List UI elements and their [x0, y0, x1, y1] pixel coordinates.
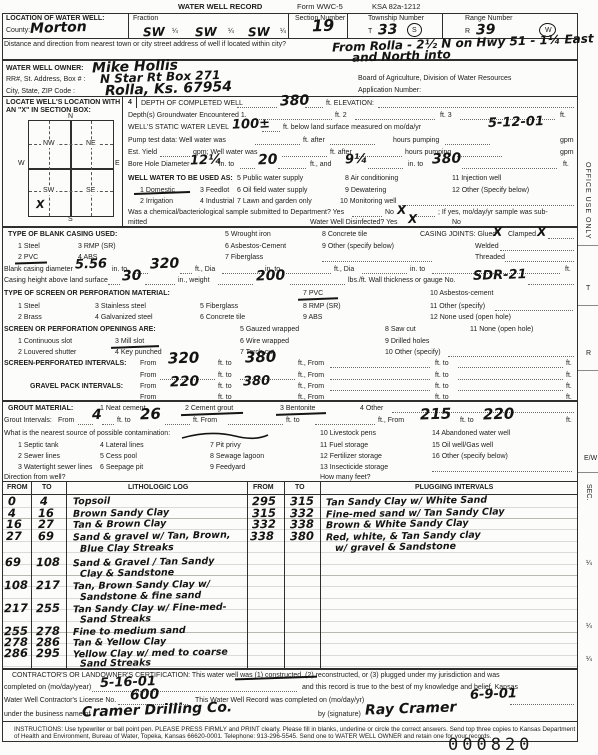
yield-label: Est. Yield — [128, 149, 157, 157]
th-from-1: FROM — [7, 484, 28, 492]
si-to-value: 380 — [245, 350, 277, 363]
gp-to-value: 380 — [243, 376, 271, 389]
casing-diam-label: Blank casing diameter — [4, 266, 73, 274]
openings-label: SCREEN OR PERFORATION OPENINGS ARE: — [4, 326, 156, 334]
casing-opt-7: 7 Fiberglass — [225, 254, 263, 262]
table-col-line — [31, 482, 32, 668]
si2-ftto2: ft. to — [435, 372, 449, 380]
quarter-2: ¼ — [228, 28, 234, 36]
contam-opt-5: 5 Cess pool — [100, 453, 137, 461]
screen-opt-6: 6 Concrete tile — [200, 314, 245, 322]
log-row-from: 286 — [4, 648, 28, 660]
table-col-line — [66, 482, 67, 668]
leader — [286, 272, 331, 274]
quad-nw: NW — [41, 140, 57, 148]
screen-label: TYPE OF SCREEN OR PERFORATION MATERIAL: — [4, 290, 170, 298]
gi-mid-to: ft. to — [286, 417, 300, 425]
gp-ftfrom: ft., From — [298, 383, 324, 391]
si2-ftto: ft. to — [218, 372, 232, 380]
borehole-label: Bore Hole Diameter — [128, 161, 189, 169]
leader — [355, 118, 435, 120]
log-row-from: 108 — [4, 580, 28, 592]
th-plugging-intervals: PLUGGING INTERVALS — [415, 484, 493, 492]
margin-tick — [578, 472, 598, 473]
use-opt-12: 12 Other (Specify below) — [452, 187, 529, 195]
cert-date2: 6-9-01 — [470, 688, 517, 702]
gp-from-value: 220 — [170, 375, 200, 388]
sec4-number: 4 — [128, 99, 132, 107]
leader — [510, 703, 574, 705]
contam-opt-11: 11 Fuel storage — [320, 442, 368, 450]
th-to-2: TO — [295, 484, 305, 492]
leader — [180, 272, 192, 274]
chem-no-x-mark: X — [397, 204, 407, 216]
col-sep — [122, 96, 123, 227]
contam-opt-16: 16 Other (specify below) — [432, 453, 508, 461]
gp-ft: ft. — [566, 383, 572, 391]
static-level-label: WELL'S STATIC WATER LEVEL — [128, 124, 229, 132]
leader — [462, 167, 557, 169]
section-box-dash — [91, 121, 92, 216]
grout-int-label: Grout Intervals: — [4, 417, 52, 425]
gp2-ftfrom: ft., From — [298, 394, 324, 402]
clamped-label: Clamped — [508, 231, 536, 239]
grout-v3: 215 — [420, 407, 452, 420]
grout-v4: 220 — [483, 407, 515, 420]
leader — [495, 309, 573, 311]
leader — [218, 283, 253, 285]
use-opt-8: 8 Air conditioning — [345, 175, 398, 183]
leader — [458, 366, 563, 368]
borehole-ft-label: ft. — [563, 161, 569, 169]
casing-weight-label: in., weight — [178, 277, 210, 285]
leader — [282, 155, 327, 157]
application-number-label: Application Number: — [358, 87, 421, 95]
openings-opt-2: 2 Louvered shutter — [18, 349, 76, 357]
contam-opt-6: 6 Seepage pit — [100, 464, 143, 472]
plug-row-to: 380 — [290, 531, 314, 543]
casing-weight-value: 200 — [256, 269, 286, 282]
si-ftto: ft. to — [218, 360, 232, 368]
county-label: County: — [6, 27, 30, 35]
borehole-ft2: 380 — [432, 152, 462, 165]
section-box-dash — [49, 121, 50, 216]
gravel-label: GRAVEL PACK INTERVALS: — [30, 383, 123, 391]
fraction-1: SW — [143, 26, 165, 39]
quarter-1: ¼ — [172, 28, 178, 36]
casing-height-value: 30 — [122, 270, 142, 283]
direction-label: Direction from well? — [4, 474, 65, 482]
township-value: 33 — [378, 23, 398, 38]
contam-opt-1: 1 Septic tank — [18, 442, 58, 450]
threaded-label: Threaded — [475, 254, 505, 262]
casing-dia3-into: in. to — [410, 266, 425, 274]
col-sep — [347, 13, 348, 38]
use-opt-6: 6 Oil field water supply — [237, 187, 307, 195]
contam-opt-4: 4 Lateral lines — [100, 442, 144, 450]
leader — [330, 378, 430, 380]
openings-opt-1: 1 Continuous slot — [18, 338, 72, 346]
leader — [315, 423, 375, 425]
log-row-desc: Tan & Yellow Clay — [73, 636, 166, 649]
log-row-desc2: Sand Streaks — [80, 657, 151, 669]
quarter-3: ¼ — [280, 28, 286, 36]
use-opt-11: 11 Injection well — [452, 175, 501, 183]
static-level-date: 5-12-01 — [488, 116, 544, 130]
form-title: WATER WELL RECORD — [178, 3, 262, 11]
chem-no-label: No — [385, 209, 394, 217]
grout-v2: 26 — [140, 408, 161, 421]
si-ftfrom: ft., From — [298, 360, 324, 368]
use-opt-9: 9 Dewatering — [345, 187, 386, 195]
screen-opt-11: 11 Other (specify) — [430, 303, 485, 311]
casing-joints-label: CASING JOINTS: Glued — [420, 231, 496, 239]
depth-label: DEPTH OF COMPLETED WELL — [141, 100, 243, 108]
leader — [505, 260, 574, 262]
log-row-from: 69 — [5, 557, 21, 569]
leader — [278, 167, 306, 169]
leader — [458, 378, 563, 380]
section-box-vline — [70, 121, 72, 216]
leader — [362, 272, 407, 274]
leader — [330, 143, 375, 145]
groundwater-2: ft. 2 — [335, 112, 347, 120]
log-row-to: 255 — [36, 603, 60, 615]
divider — [2, 59, 578, 61]
contam-opt-9: 9 Feedyard — [210, 464, 245, 472]
well-location-x-mark: X — [36, 199, 45, 211]
screen-opt-8: 8 RMP (SR) — [303, 303, 341, 311]
office-quarter-2: ¼ — [586, 623, 592, 631]
casing-opt-5: 5 Wrought iron — [225, 231, 271, 239]
cert-by-label: by (signature) — [318, 711, 361, 719]
margin-tick — [578, 245, 598, 246]
groundwater-label: Depth(s) Groundwater Encountered 1. — [128, 112, 247, 120]
leader — [145, 283, 175, 285]
disinfected-label: Water Well Disinfected? Yes — [310, 219, 398, 227]
office-ew-label: E/W — [584, 455, 597, 463]
fraction-label: Fraction — [133, 15, 158, 23]
clamped-x-mark: X — [537, 226, 547, 238]
gp-ftto2: ft. to — [435, 383, 449, 391]
divider — [2, 13, 578, 14]
log-row-desc: Topsoil — [73, 496, 110, 508]
casing-opt-9: 9 Other (specify below) — [322, 243, 394, 251]
table-col-line — [284, 482, 285, 668]
office-use-only-label: OFFICE USE ONLY — [583, 162, 591, 240]
screen-opt-3: 3 Stainless steel — [95, 303, 146, 311]
contam-opt-12: 12 Fertilizer storage — [320, 453, 382, 461]
gp-from: From — [140, 383, 156, 391]
elevation-label: ft. ELEVATION: — [326, 100, 374, 108]
use-label: WELL WATER TO BE USED AS: — [128, 175, 233, 183]
openings-opt-8: 8 Saw cut — [385, 326, 416, 334]
fraction-3: SW — [248, 26, 270, 39]
leader — [237, 106, 277, 108]
form-ksa: KSA 82a-1212 — [372, 3, 420, 11]
bentonite-underline-mark — [276, 411, 326, 416]
quad-se: SE — [84, 187, 97, 195]
cert-completed-label: completed on (mo/day/year) — [4, 684, 91, 692]
instructions-line2: of Health and Environment, Bureau of Wat… — [14, 733, 491, 741]
openings-opt-6: 6 Wire wrapped — [240, 338, 289, 346]
log-row-from: 27 — [6, 531, 22, 543]
casing-height-label: Casing height above land surface — [4, 277, 108, 285]
leader — [322, 260, 432, 262]
feet-label: How many feet? — [320, 474, 371, 482]
leader — [108, 283, 120, 285]
leader — [458, 389, 563, 391]
gp2-from: From — [140, 394, 156, 402]
grout-opt-4: 4 Other — [360, 405, 383, 413]
office-quarter-3: ¼ — [586, 656, 592, 664]
section-box: NW NE SW SE X — [28, 120, 114, 217]
fraction-2: SW — [195, 26, 217, 39]
leader — [528, 283, 574, 285]
serial-stamp: 000820 — [448, 735, 533, 755]
owner-addr-label: RR#, St. Address, Box # : — [6, 76, 85, 84]
plug-row-from: 338 — [250, 531, 274, 543]
si-ftto2: ft. to — [435, 360, 449, 368]
borehole-diam1: 12¼ — [190, 154, 222, 167]
use-opt-7: 7 Lawn and garden only — [237, 198, 312, 206]
contam-opt-10: 10 Livestock pens — [320, 430, 376, 438]
gi-end-from: ft., From — [378, 417, 404, 425]
col-sep — [128, 13, 129, 38]
gi-ftto2: ft. to — [460, 417, 474, 425]
office-r-label: R — [586, 350, 591, 358]
contam-opt-8: 8 Sewage lagoon — [210, 453, 264, 461]
cert-business-label: under the business name of — [4, 711, 90, 719]
owner-city: Rolla, Ks. 67954 — [105, 80, 232, 98]
gp2-ftto2: ft. to — [435, 394, 449, 402]
cert-license-value: 600 — [130, 688, 160, 701]
screen-opt-9: 9 ABS — [303, 314, 322, 322]
right-border — [577, 13, 578, 741]
openings-opt-10: 10 Other (specify) — [385, 349, 441, 357]
leader — [445, 143, 490, 145]
static-level-rest: ft. below land surface measured on mo/da… — [283, 124, 421, 132]
borehole-diam2: 9¼ — [345, 154, 368, 167]
gp2-ft: ft. — [566, 394, 572, 402]
col-sep — [442, 13, 443, 38]
casing-wall-label: lbs./ft. Wall thickness or gauge No. — [348, 277, 456, 285]
disinfected-yes-x-mark: X — [408, 213, 418, 225]
si2-ftfrom: ft., From — [298, 372, 324, 380]
margin-tick — [578, 370, 598, 371]
leader — [228, 423, 283, 425]
leader — [78, 423, 93, 425]
si-ft: ft. — [566, 360, 572, 368]
leader — [160, 155, 190, 157]
casing-diam-ft: 320 — [150, 257, 180, 270]
casing-dia2-label: ft., Dia — [195, 266, 215, 274]
cert-business-value: Cramer Drilling Co. — [82, 700, 233, 719]
leader — [92, 690, 297, 692]
sec4-box — [136, 96, 137, 108]
screen-intervals-label: SCREEN-PERFORATED INTERVALS: — [4, 360, 127, 368]
log-row-to: 217 — [36, 580, 60, 592]
gp2-ftto: ft. to — [218, 394, 232, 402]
leader — [500, 249, 574, 251]
leader — [255, 143, 300, 145]
township-dir-circle — [406, 22, 422, 37]
use-opt-2: 2 Irrigation — [140, 198, 173, 206]
casing-gauge-value: SDR-21 — [473, 269, 527, 283]
leader — [165, 423, 190, 425]
divider — [2, 226, 578, 228]
water-well-record-form: WATER WELL RECORD Form WWC-5 KSA 82a-121… — [0, 0, 598, 755]
leader — [368, 167, 403, 169]
casing-opt-3: 3 RMP (SR) — [78, 243, 116, 251]
leader — [402, 204, 574, 206]
si-from-value: 320 — [168, 351, 200, 364]
openings-opt-4: 4 Key punched — [115, 349, 162, 357]
compass-w: W — [18, 160, 25, 168]
gi-mid: ft. From — [193, 417, 217, 425]
th-from-2: FROM — [253, 484, 274, 492]
screen-opt-4: 4 Galvanized steel — [95, 314, 153, 322]
use-opt-3: 3 Feedlot — [200, 187, 229, 195]
log-row-desc2: Sandstone & fine sand — [80, 590, 201, 603]
owner-label: WATER WELL OWNER: — [6, 65, 84, 73]
use-opt-5: 5 Public water supply — [237, 175, 303, 183]
casing-label: TYPE OF BLANK CASING USED: — [8, 231, 117, 239]
contam-opt-3: 3 Watertight sewer lines — [18, 464, 92, 472]
log-row-desc2: Blue Clay Streaks — [80, 542, 174, 555]
leader — [330, 366, 430, 368]
casing-opt-8: 8 Concrete tile — [322, 231, 367, 239]
borehole-into2: in. to — [408, 161, 423, 169]
form-number: Form WWC-5 — [297, 3, 343, 11]
gi-ftto: ft. to — [117, 417, 131, 425]
table-col-line — [320, 482, 321, 668]
log-row-from: 217 — [4, 603, 28, 615]
handwritten-stroke — [180, 428, 270, 442]
gi-ft: ft. — [566, 417, 572, 425]
leader — [378, 106, 574, 108]
office-sec-label: SEC. — [584, 484, 592, 500]
divider — [2, 721, 578, 722]
welded-label: Welded — [475, 243, 499, 251]
distance-label: Distance and direction from nearest town… — [4, 41, 286, 49]
th-lithologic-log: LITHOLOGIC LOG — [128, 484, 188, 492]
gp-ftto: ft. to — [218, 383, 232, 391]
leader — [262, 130, 280, 132]
grout-v1: 4 — [92, 409, 102, 421]
quad-ne: NE — [84, 140, 98, 148]
leader — [290, 283, 345, 285]
screen-opt-12: 12 None used (open hole) — [430, 314, 511, 322]
table-col-line — [247, 482, 248, 668]
openings-opt-11: 11 None (open hole) — [470, 326, 533, 334]
screen-opt-1: 1 Steel — [18, 303, 40, 311]
county-value: Morton — [30, 20, 87, 36]
leader — [352, 215, 382, 217]
pump-after: ft. after — [303, 137, 325, 145]
use-opt-10: 10 Monitoring well — [340, 198, 396, 206]
yield-gpm: gpm — [560, 149, 574, 157]
log-row-to: 108 — [36, 557, 60, 569]
leader — [330, 389, 430, 391]
log-row-to: 69 — [38, 531, 54, 543]
log-row-to: 295 — [36, 648, 60, 660]
si-from: From — [140, 360, 156, 368]
col-sep — [288, 13, 289, 38]
office-quarter-1: ¼ — [586, 560, 592, 568]
divider — [2, 400, 578, 402]
chem-rest: ; If yes, mo/day/yr sample was sub- — [438, 209, 548, 217]
groundwater-3: ft. 3 — [440, 112, 452, 120]
cert-signature: Ray Cramer — [365, 700, 457, 717]
compass-e: E — [115, 160, 120, 168]
leader — [448, 355, 574, 357]
grout-opt-1: 1 Neat cement — [100, 405, 146, 413]
openings-opt-9: 9 Drilled holes — [385, 338, 429, 346]
contam-opt-14: 14 Abandoned water well — [432, 430, 510, 438]
log-row-desc2: Sand Streaks — [80, 613, 151, 625]
contam-opt-2: 2 Sewer lines — [18, 453, 60, 461]
quad-sw: SW — [41, 187, 56, 195]
screen-opt-5: 5 Fiberglass — [200, 303, 238, 311]
gi-from: From — [58, 417, 74, 425]
casing-opt-6: 6 Asbestos-Cement — [225, 243, 286, 251]
pump-test-label: Pump test data: Well water was — [128, 137, 226, 145]
log-row-desc2: Clay & Sandstone — [80, 567, 174, 580]
screen-opt-10: 10 Asbestos-cement — [430, 290, 493, 298]
office-t-label: T — [586, 285, 590, 293]
leader — [240, 167, 255, 169]
locate-line1: LOCATE WELL'S LOCATION WITH — [6, 99, 120, 107]
township-prefix: T — [368, 28, 372, 36]
mitted-label: mitted — [128, 219, 147, 227]
divider — [2, 481, 578, 482]
casing-diam-value: 5.56 — [75, 258, 107, 271]
borehole-ft1: 20 — [258, 154, 278, 167]
leader — [548, 237, 574, 239]
si2-ft: ft. — [566, 372, 572, 380]
leader — [305, 106, 323, 108]
plug-row-desc2: w/ gravel & Sandstone — [335, 541, 456, 554]
screen-pvc-underline-mark — [298, 296, 338, 300]
casing-diam-ft-label: ft. — [565, 266, 571, 274]
contam-opt-15: 15 Oil well/Gas well — [432, 442, 493, 450]
pump-gpm: gpm — [560, 137, 574, 145]
section-value: 19 — [312, 19, 335, 34]
borehole-and: ft., and — [310, 161, 331, 169]
borehole-into1: in. to — [219, 161, 234, 169]
contam-opt-13: 13 Insecticide storage — [320, 464, 388, 472]
owner-city-label: City, State, ZIP Code : — [6, 88, 75, 96]
leader — [457, 155, 502, 157]
use-opt-4: 4 Industrial — [200, 198, 234, 206]
board-label: Board of Agriculture, Division of Water … — [358, 75, 511, 83]
screen-opt-2: 2 Brass — [18, 314, 42, 322]
si2-from: From — [140, 372, 156, 380]
groundwater-ft: ft. — [560, 112, 566, 120]
disinfected-no-label: No — [452, 219, 461, 227]
th-to-1: TO — [42, 484, 52, 492]
leader — [432, 470, 572, 472]
margin-tick — [578, 305, 598, 306]
pvc-underline-mark — [15, 260, 47, 264]
locate-line2: AN "X" IN SECTION BOX: — [6, 107, 91, 115]
leader — [102, 423, 114, 425]
log-row-desc: Tan & Brown Clay — [73, 518, 166, 531]
glued-x-mark: X — [493, 226, 503, 238]
casing-opt-1: 1 Steel — [18, 243, 40, 251]
pump-hours: hours pumping — [393, 137, 439, 145]
